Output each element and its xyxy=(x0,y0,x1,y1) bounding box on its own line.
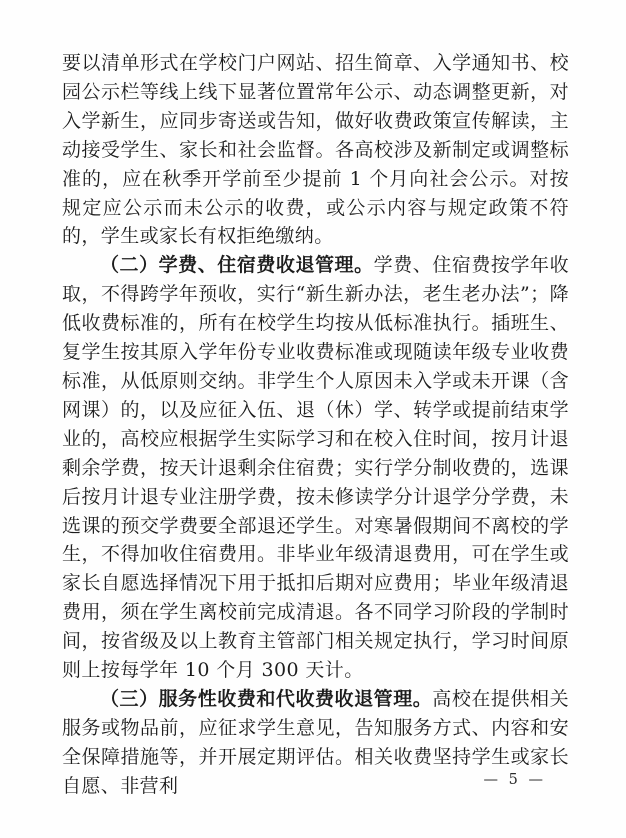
paragraph-section-2: （二）学费、住宿费收退管理。学费、住宿费按学年收取，不得跨学年预收，实行“新生新… xyxy=(62,251,569,685)
section-heading: （三）服务性收费和代收费收退管理。 xyxy=(100,688,432,710)
document-page: 要以清单形式在学校门户网站、招生简章、入学通知书、校园公示栏等线上线下显著位置常… xyxy=(0,0,626,838)
paragraph-text: 学费、住宿费按学年收取，不得跨学年预收，实行“新生新办法，老生老办法”；降低收费… xyxy=(62,254,569,681)
document-body: 要以清单形式在学校门户网站、招生简章、入学通知书、校园公示栏等线上线下显著位置常… xyxy=(62,49,569,801)
page-number: — 5 — xyxy=(484,772,546,788)
paragraph-continuation: 要以清单形式在学校门户网站、招生简章、入学通知书、校园公示栏等线上线下显著位置常… xyxy=(62,49,569,251)
section-heading: （二）学费、住宿费收退管理。 xyxy=(100,254,374,276)
paragraph-text: 要以清单形式在学校门户网站、招生简章、入学通知书、校园公示栏等线上线下显著位置常… xyxy=(62,52,569,247)
